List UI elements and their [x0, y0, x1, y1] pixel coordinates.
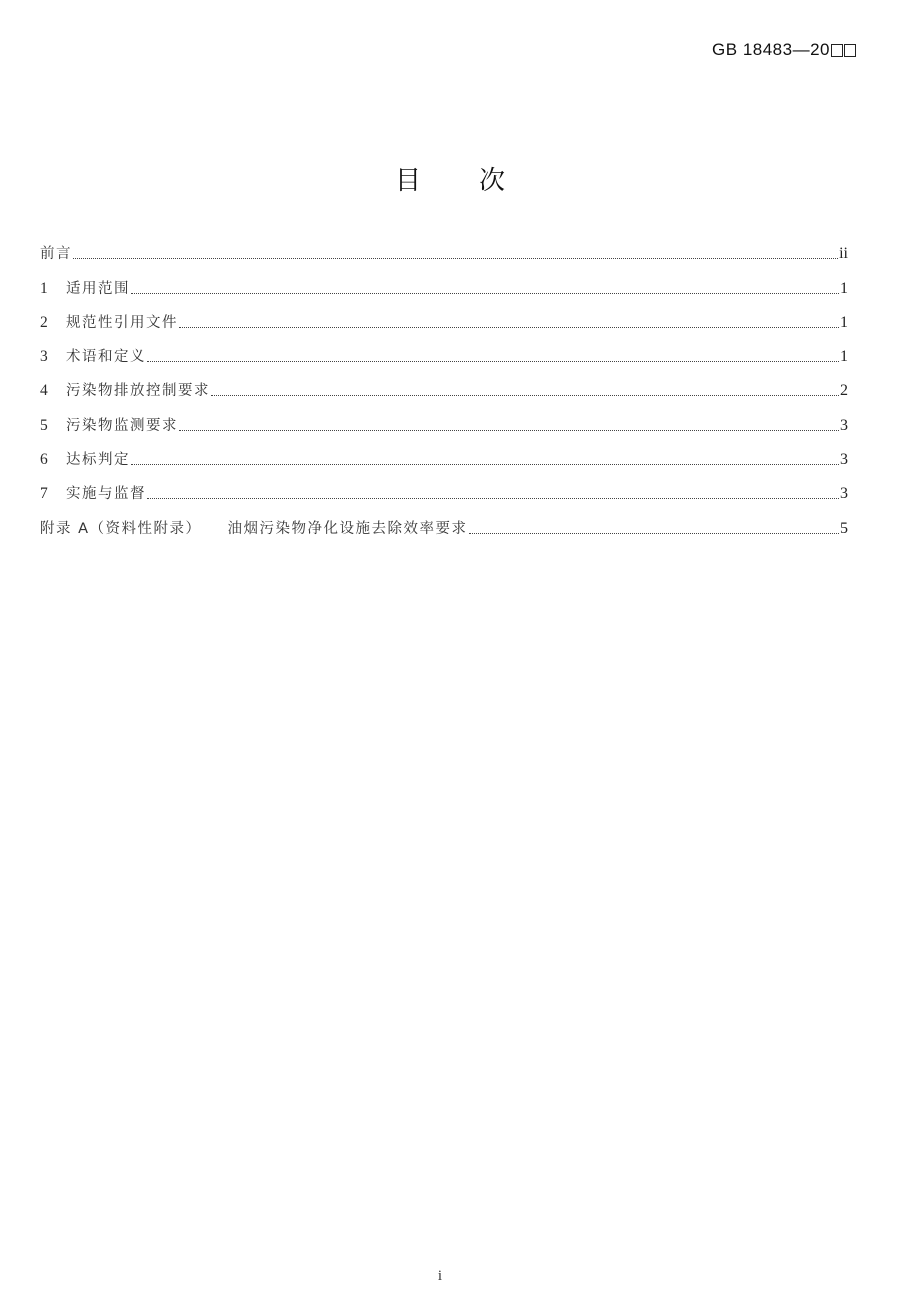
toc-entry-label: 术语和定义 — [66, 345, 146, 366]
toc-entry-label: 污染物排放控制要求 — [66, 379, 210, 400]
toc-entry-page: 1 — [840, 280, 848, 298]
toc-entry-page: 3 — [840, 417, 848, 435]
toc-leader-dots — [469, 532, 839, 534]
toc-leader-dots — [131, 292, 839, 294]
toc-entry-page: 5 — [840, 520, 848, 538]
toc-entry-appendix-a[interactable]: 附录 A（资料性附录） 油烟污染物净化设施去除效率要求 5 — [40, 503, 848, 537]
toc-appendix-prefix: 附录 A（资料性附录） — [40, 517, 202, 538]
toc-entry-label: 适用范围 — [66, 277, 130, 298]
toc-entry-label: 达标判定 — [66, 448, 130, 469]
toc-entry-page: 3 — [840, 485, 848, 503]
toc-entry-label: 前言 — [40, 242, 72, 263]
title-char-2: 次 — [479, 160, 505, 197]
toc-entry-3[interactable]: 3 术语和定义 1 — [40, 332, 848, 366]
toc-entry-number: 4 — [40, 382, 66, 400]
toc-entry-page: ii — [839, 245, 848, 263]
toc-leader-dots — [211, 394, 839, 396]
toc-entry-1[interactable]: 1 适用范围 1 — [40, 263, 848, 297]
toc-entry-6[interactable]: 6 达标判定 3 — [40, 435, 848, 469]
toc-entry-number: 2 — [40, 314, 66, 332]
toc-entry-number: 7 — [40, 485, 66, 503]
toc-leader-dots — [179, 326, 839, 328]
toc-leader-dots — [131, 463, 839, 465]
toc-entry-2[interactable]: 2 规范性引用文件 1 — [40, 298, 848, 332]
standard-code: GB 18483—20 — [712, 40, 856, 60]
toc-entry-5[interactable]: 5 污染物监测要求 3 — [40, 400, 848, 434]
toc-entry-foreword[interactable]: 前言 ii — [40, 229, 848, 263]
toc-entry-7[interactable]: 7 实施与监督 3 — [40, 469, 848, 503]
toc-entry-number: 1 — [40, 280, 66, 298]
toc-entry-number: 6 — [40, 451, 66, 469]
toc-entry-4[interactable]: 4 污染物排放控制要求 2 — [40, 366, 848, 400]
toc-entry-label: 油烟污染物净化设施去除效率要求 — [228, 517, 468, 538]
placeholder-box-icon — [831, 44, 843, 57]
toc-entry-number: 5 — [40, 417, 66, 435]
title-char-1: 目 — [395, 160, 421, 197]
toc-entry-label: 污染物监测要求 — [66, 414, 178, 435]
placeholder-box-icon — [844, 44, 856, 57]
toc-leader-dots — [147, 497, 839, 499]
toc-entry-label: 实施与监督 — [66, 482, 146, 503]
toc-entry-label: 规范性引用文件 — [66, 311, 178, 332]
page-title: 目 次 — [0, 160, 900, 197]
standard-code-text: GB 18483—20 — [712, 40, 830, 60]
toc-entry-page: 3 — [840, 451, 848, 469]
page-number: i — [0, 1268, 880, 1285]
table-of-contents: 前言 ii 1 适用范围 1 2 规范性引用文件 1 3 术语和定义 1 4 污… — [40, 229, 848, 538]
toc-entry-page: 2 — [840, 382, 848, 400]
toc-entry-page: 1 — [840, 348, 848, 366]
toc-entry-number: 3 — [40, 348, 66, 366]
toc-leader-dots — [73, 257, 838, 259]
toc-leader-dots — [179, 429, 839, 431]
toc-entry-page: 1 — [840, 314, 848, 332]
toc-leader-dots — [147, 360, 839, 362]
